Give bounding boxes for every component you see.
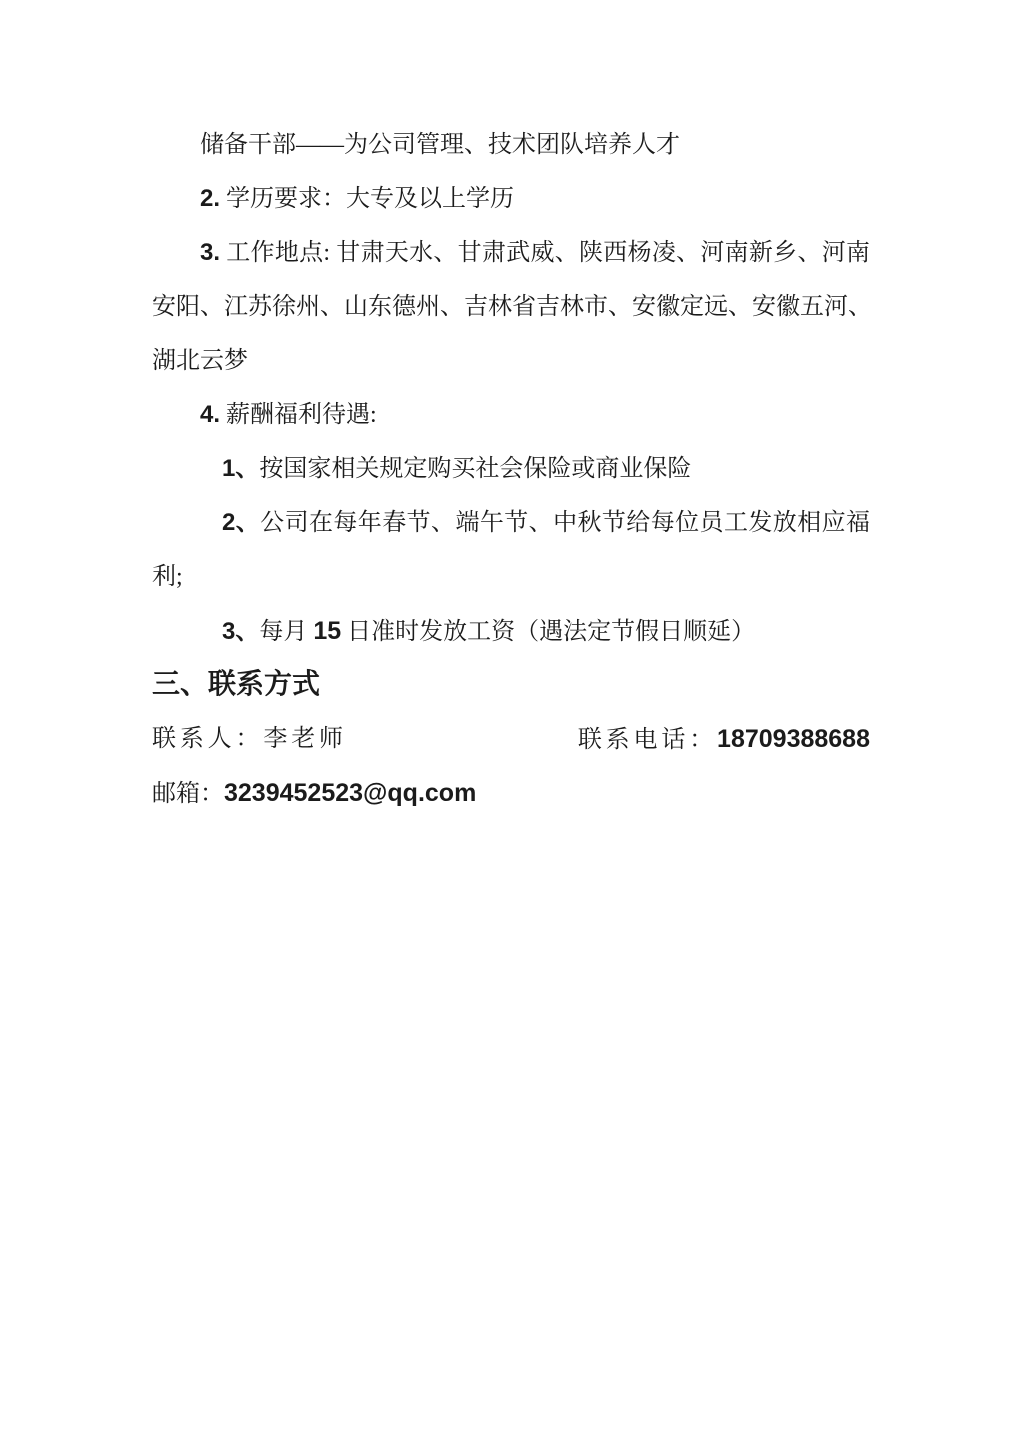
benefit-1: 1、按国家相关规定购买社会保险或商业保险 <box>152 442 870 496</box>
welfare-text: 薪酬福利待遇: <box>220 402 377 428</box>
benefit-3-text-pre: 每月 <box>259 619 313 645</box>
email-address: 3239452523@qq.com <box>224 779 476 807</box>
email-label: 邮箱： <box>152 781 224 807</box>
welfare-number: 4. <box>200 401 220 428</box>
benefit-2-line2: 利; <box>152 550 870 604</box>
benefit-1-number: 1、 <box>222 455 259 482</box>
education-number: 2. <box>200 185 220 212</box>
intro-line: 储备干部——为公司管理、技术团队培养人才 <box>152 118 870 172</box>
education-item: 2. 学历要求：大专及以上学历 <box>152 172 870 226</box>
benefit-3-text-post: 日准时发放工资（遇法定节假日顺延） <box>341 619 755 645</box>
contact-person: 联系人：李老师 <box>152 712 347 766</box>
contact-person-label: 联系人： <box>152 726 263 752</box>
location-item-line1: 3. 工作地点: 甘肃天水、甘肃武威、陕西杨凌、河南新乡、河南 <box>152 226 870 280</box>
contact-line: 联系人：李老师 联系电话：18709388688 <box>152 712 870 766</box>
contact-phone-label: 联系电话： <box>578 727 717 753</box>
contact-phone: 联系电话：18709388688 <box>578 712 870 766</box>
location-item-line2: 安阳、江苏徐州、山东德州、吉林省吉林市、安徽定远、安徽五河、 <box>152 280 870 334</box>
benefit-3: 3、每月 15 日准时发放工资（遇法定节假日顺延） <box>152 604 870 658</box>
document-content: 储备干部——为公司管理、技术团队培养人才 2. 学历要求：大专及以上学历 3. … <box>152 0 870 820</box>
location-item-line3: 湖北云梦 <box>152 334 870 388</box>
document-page: 储备干部——为公司管理、技术团队培养人才 2. 学历要求：大专及以上学历 3. … <box>0 0 1024 1448</box>
welfare-item: 4. 薪酬福利待遇: <box>152 388 870 442</box>
contact-phone-number: 18709388688 <box>717 725 870 753</box>
location-number: 3. <box>200 239 220 266</box>
location-text-line1: 工作地点: 甘肃天水、甘肃武威、陕西杨凌、河南新乡、河南 <box>220 240 870 266</box>
benefit-3-day: 15 <box>313 617 341 645</box>
section-heading: 三、联系方式 <box>152 658 870 712</box>
benefit-2-line1: 2、公司在每年春节、端午节、中秋节给每位员工发放相应福 <box>152 496 870 550</box>
benefit-3-number: 3、 <box>222 618 259 645</box>
benefit-2-text-line1: 公司在每年春节、端午节、中秋节给每位员工发放相应福 <box>260 510 870 536</box>
email-line: 邮箱：3239452523@qq.com <box>152 766 870 820</box>
contact-person-name: 李老师 <box>263 726 347 752</box>
education-text: 学历要求：大专及以上学历 <box>220 186 514 212</box>
benefit-1-text: 按国家相关规定购买社会保险或商业保险 <box>259 456 691 482</box>
benefit-2-number: 2、 <box>222 509 260 536</box>
